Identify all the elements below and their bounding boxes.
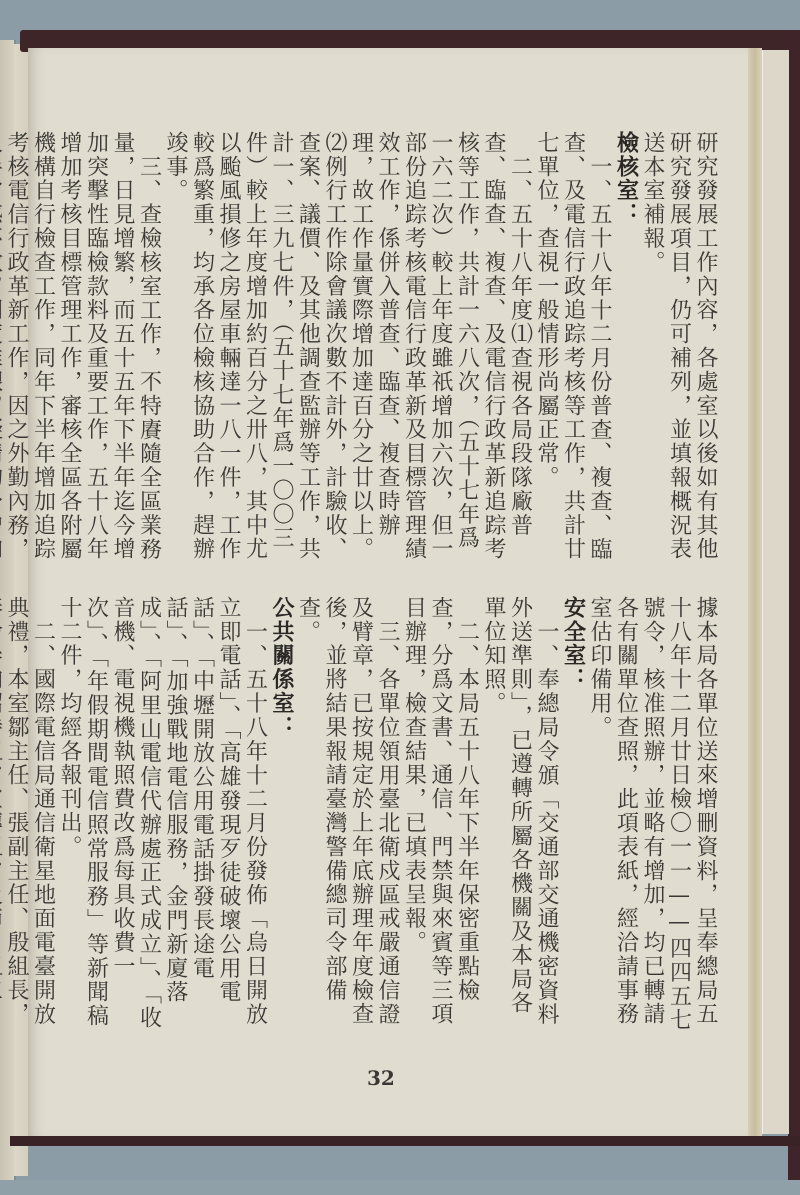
bottom-text-block: 據本局各單位送來增刪資料，呈奉總局五十八年十二月廿日檢〇一一——四四五七號令，核… xyxy=(78,596,718,1036)
top-text-block: 研究發展工作內容，各處室以後如有其他研究發展項目，仍可補列，並填報概況表送本室補… xyxy=(78,131,718,571)
intro-paragraph: 研究發展工作內容，各處室以後如有其他研究發展項目，仍可補列，並填報概況表送本室補… xyxy=(639,131,719,571)
backdrop xyxy=(0,1180,800,1195)
section-title-security: 安全室： xyxy=(559,596,586,1036)
section-title-public-relations: 公共關係室： xyxy=(268,596,295,1036)
page-number: 32 xyxy=(367,1066,395,1090)
security-item-2: 二、本局五十八年下半年保密重點檢查，分爲文書、通信、門禁與來賓等三項目辦理，檢查… xyxy=(400,596,480,1036)
book-cover-right xyxy=(788,30,800,1180)
pr-item-2: 二、國際電信局通信衛星地面電臺開放典禮，本室鄒主任、張副主任、殷組長，奉命參加招… xyxy=(0,596,56,1036)
inspection-item-2: 二、五十八年度⑴查視各局段隊廠普查、臨查、複查、及電信行政革新追踪考核等工作，共… xyxy=(162,131,533,571)
page-stack-edge xyxy=(762,50,789,1134)
pr-item-1: 一、五十八年十二月份發佈「烏日開放立即電話」、「高雄發現歹徒破壞公用電話」、「中… xyxy=(56,596,268,1036)
continuation-paragraph: 據本局各單位送來增刪資料，呈奉總局五十八年十二月廿日檢〇一一——四四五七號令，核… xyxy=(586,596,719,1036)
inspection-item-3: 三、查檢核室工作，不特賡隨全區業務量，日見增繁，而五十五年下半年迄今增加突擊性臨… xyxy=(0,131,162,571)
section-title-inspection: 檢核室： xyxy=(612,131,639,571)
page-fore-edge xyxy=(748,48,762,1136)
book-cover-bottom xyxy=(10,1136,800,1146)
security-item-1: 一、奉總局令頒「交通部交通機密資料外送準則」，已遵轉所屬各機關及本局各單位知照。 xyxy=(480,596,560,1036)
inspection-item-1: 一、五十八年十二月份普查、複查、臨查、及電信行政追踪考核等工作，共計廿七單位，查… xyxy=(533,131,613,571)
security-item-3: 三、各單位領用臺北衛戍區戒嚴通信證及臂章，已按規定於上年底辦理年度檢查後，並將結… xyxy=(294,596,400,1036)
